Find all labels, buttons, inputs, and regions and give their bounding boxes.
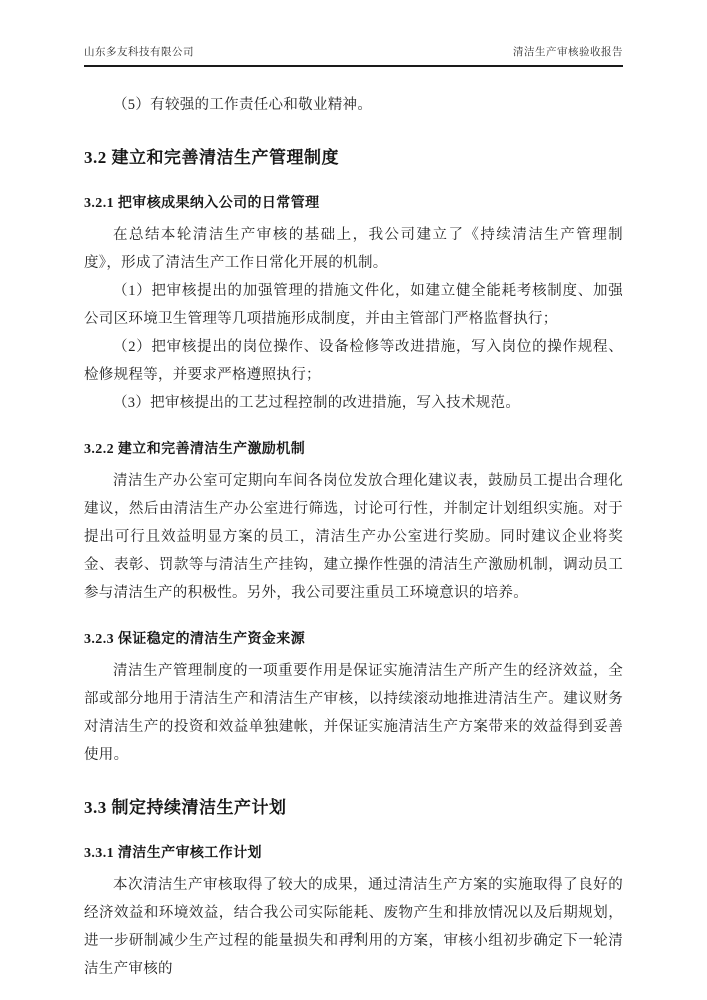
paragraph: （3）把审核提出的工艺过程控制的改进措施，写入技术规范。 bbox=[84, 389, 623, 417]
paragraph: 本次清洁生产审核取得了较大的成果，通过清洁生产方案的实施取得了良好的经济效益和环… bbox=[84, 871, 623, 983]
page-footer: 34 bbox=[0, 930, 707, 942]
document-page: 山东多友科技有限公司 清洁生产审核验收报告 （5）有较强的工作责任心和敬业精神。… bbox=[0, 0, 707, 1000]
paragraph: 在总结本轮清洁生产审核的基础上，我公司建立了《持续清洁生产管理制度》，形成了清洁… bbox=[84, 221, 623, 277]
subsection-heading: 3.2.3 保证稳定的清洁生产资金来源 bbox=[84, 629, 623, 651]
page-header: 山东多友科技有限公司 清洁生产审核验收报告 bbox=[84, 44, 623, 67]
document-body: （5）有较强的工作责任心和敬业精神。3.2 建立和完善清洁生产管理制度3.2.1… bbox=[84, 91, 623, 983]
section-heading: 3.2 建立和完善清洁生产管理制度 bbox=[84, 145, 623, 171]
header-report-title: 清洁生产审核验收报告 bbox=[513, 44, 623, 59]
paragraph: 清洁生产管理制度的一项重要作用是保证实施清洁生产所产生的经济效益，全部或部分地用… bbox=[84, 657, 623, 769]
header-company-name: 山东多友科技有限公司 bbox=[84, 44, 194, 59]
subsection-heading: 3.2.2 建立和完善清洁生产激励机制 bbox=[84, 439, 623, 461]
section-heading: 3.3 制定持续清洁生产计划 bbox=[84, 795, 623, 821]
paragraph: （5）有较强的工作责任心和敬业精神。 bbox=[84, 91, 623, 119]
page-number: 34 bbox=[348, 930, 360, 942]
subsection-heading: 3.3.1 清洁生产审核工作计划 bbox=[84, 843, 623, 865]
paragraph: 清洁生产办公室可定期向车间各岗位发放合理化建议表，鼓励员工提出合理化建议，然后由… bbox=[84, 467, 623, 607]
paragraph: （2）把审核提出的岗位操作、设备检修等改进措施，写入岗位的操作规程、检修规程等，… bbox=[84, 333, 623, 389]
subsection-heading: 3.2.1 把审核成果纳入公司的日常管理 bbox=[84, 193, 623, 215]
paragraph: （1）把审核提出的加强管理的措施文件化，如建立健全能耗考核制度、加强公司区环境卫… bbox=[84, 277, 623, 333]
